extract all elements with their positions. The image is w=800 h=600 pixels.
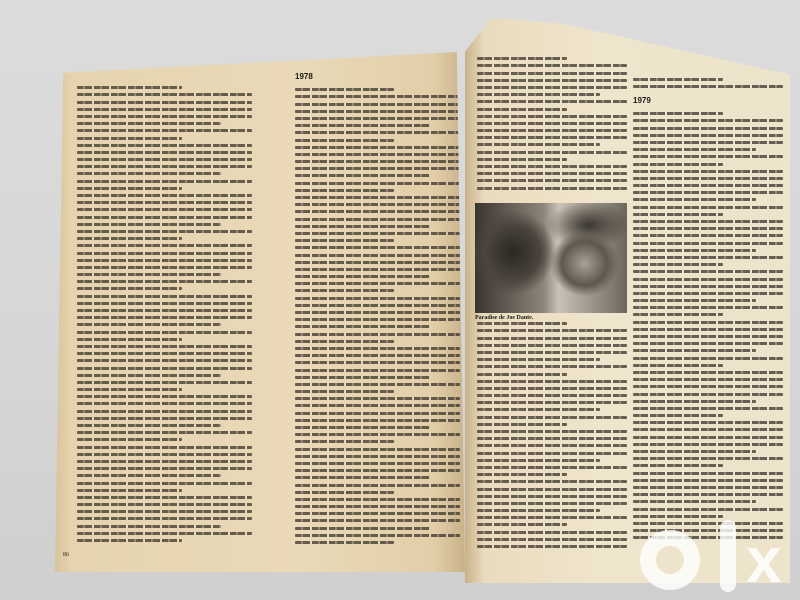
text-line (633, 357, 783, 360)
text-line (77, 446, 252, 449)
page-number: 86 (63, 552, 69, 558)
text-line (77, 503, 252, 506)
text-line (477, 516, 627, 519)
text-line (77, 532, 252, 535)
text-line (633, 400, 756, 403)
text-line (477, 444, 627, 447)
text-line (295, 325, 430, 328)
text-line (77, 381, 252, 384)
text-line (633, 464, 723, 467)
text-line (633, 486, 783, 489)
text-line (295, 239, 394, 242)
text-line (295, 419, 460, 422)
text-line (477, 93, 600, 96)
text-line (633, 263, 723, 266)
text-line (477, 538, 627, 541)
text-line (295, 484, 460, 487)
watermark-l-shape (720, 520, 736, 592)
text-line (633, 428, 783, 431)
text-line (633, 148, 756, 151)
text-line (295, 354, 460, 357)
text-line (295, 189, 394, 192)
text-line (295, 527, 430, 530)
text-line (633, 457, 783, 460)
text-line (633, 436, 783, 439)
text-line (477, 545, 627, 548)
text-line (477, 358, 600, 361)
text-line (77, 539, 182, 542)
text-line (295, 261, 460, 264)
text-line (477, 108, 567, 111)
text-line (633, 515, 723, 518)
left-page-column-2 (295, 84, 460, 548)
text-line (477, 473, 567, 476)
text-line (295, 146, 460, 149)
text-line (477, 344, 627, 347)
text-line (477, 373, 567, 376)
text-line (77, 374, 221, 377)
text-line (477, 151, 627, 154)
text-line (477, 387, 627, 390)
text-line (77, 338, 182, 341)
text-line (633, 299, 756, 302)
text-line (295, 534, 460, 537)
text-line (633, 155, 783, 158)
text-line (295, 440, 394, 443)
text-line (633, 85, 783, 88)
text-line (295, 218, 460, 221)
text-line (295, 404, 460, 407)
text-line (77, 309, 252, 312)
text-line (77, 223, 221, 226)
text-line (477, 423, 567, 426)
text-line (77, 302, 252, 305)
text-line (633, 313, 723, 316)
text-line (477, 165, 627, 168)
magazine-spread: 1978 86 1979 Paradise de Joe Dante. (55, 18, 790, 583)
text-line (295, 103, 460, 106)
text-line (295, 289, 394, 292)
text-line (77, 402, 252, 405)
right-page-column-1-bottom (477, 318, 627, 552)
text-line (477, 100, 627, 103)
text-line (633, 213, 723, 216)
text-line (77, 93, 252, 96)
text-line (77, 496, 252, 499)
text-line (633, 407, 783, 410)
text-line (77, 122, 221, 125)
text-line (295, 455, 460, 458)
text-line (295, 426, 430, 429)
text-line (633, 342, 783, 345)
text-line (295, 139, 394, 142)
text-line (295, 369, 460, 372)
text-line (295, 131, 460, 134)
text-line (295, 383, 460, 386)
text-line (477, 466, 627, 469)
text-line (633, 170, 783, 173)
text-line (633, 119, 783, 122)
text-line (77, 187, 182, 190)
text-line (477, 523, 567, 526)
left-page-column-1 (77, 82, 252, 546)
text-line (477, 322, 567, 325)
text-line (477, 509, 600, 512)
text-line (633, 78, 723, 81)
text-line (77, 467, 252, 470)
text-line (477, 365, 627, 368)
text-line (77, 323, 221, 326)
text-line (77, 237, 182, 240)
text-line (77, 158, 252, 161)
text-line (77, 460, 252, 463)
text-line (77, 287, 182, 290)
text-line (295, 275, 430, 278)
text-line (633, 421, 783, 424)
text-line (477, 329, 627, 332)
text-line (477, 187, 627, 190)
text-line (633, 278, 783, 281)
text-line (295, 433, 460, 436)
text-line (633, 493, 783, 496)
text-line (633, 450, 756, 453)
text-line (633, 328, 783, 331)
text-line (477, 158, 567, 161)
text-line (77, 194, 252, 197)
text-line (77, 208, 252, 211)
text-line (633, 292, 783, 295)
text-line (295, 210, 460, 213)
text-line (633, 414, 723, 417)
text-line (477, 57, 567, 60)
text-line (477, 351, 627, 354)
text-line (477, 179, 627, 182)
text-line (77, 510, 252, 513)
text-line (295, 347, 460, 350)
text-line (77, 230, 252, 233)
text-line (295, 203, 460, 206)
right-page-column-2 (633, 108, 783, 543)
text-line (477, 143, 600, 146)
text-line (295, 491, 394, 494)
text-line (77, 137, 182, 140)
text-line (295, 340, 394, 343)
text-line (295, 167, 460, 170)
text-line (77, 273, 221, 276)
text-line (295, 304, 460, 307)
text-line (633, 285, 783, 288)
text-line (477, 401, 627, 404)
text-line (633, 163, 723, 166)
text-line (77, 151, 252, 154)
text-line (477, 495, 627, 498)
text-line (633, 242, 783, 245)
text-line (633, 349, 756, 352)
text-line (477, 416, 627, 419)
text-line (633, 220, 783, 223)
text-line (633, 234, 783, 237)
text-line (477, 394, 627, 397)
text-line (77, 395, 252, 398)
watermark-o-shape (640, 530, 700, 590)
text-line (633, 443, 783, 446)
text-line (633, 127, 783, 130)
text-line (477, 437, 627, 440)
text-line (295, 124, 430, 127)
text-line (295, 519, 460, 522)
text-line (295, 512, 460, 515)
text-line (633, 500, 756, 503)
text-line (295, 225, 430, 228)
text-line (477, 129, 627, 132)
text-line (477, 408, 600, 411)
text-line (77, 517, 252, 520)
text-line (77, 474, 221, 477)
text-line (477, 64, 627, 67)
text-line (477, 430, 627, 433)
text-line (77, 489, 182, 492)
photo-caption: Paradise de Joe Dante. (475, 315, 533, 321)
year-heading-1979: 1979 (633, 96, 651, 105)
text-line (633, 256, 783, 259)
text-line (477, 79, 627, 82)
text-line (77, 525, 221, 528)
text-line (633, 198, 756, 201)
text-line (633, 479, 783, 482)
text-line (633, 508, 783, 511)
text-line (633, 191, 783, 194)
text-line (633, 249, 756, 252)
text-line (477, 115, 627, 118)
text-line (77, 352, 252, 355)
text-line (477, 122, 627, 125)
text-line (295, 268, 460, 271)
text-line (77, 438, 182, 441)
text-line (295, 361, 460, 364)
text-line (633, 112, 723, 115)
text-line (295, 505, 460, 508)
text-line (633, 364, 723, 367)
text-line (295, 232, 460, 235)
text-line (477, 86, 627, 89)
text-line (477, 531, 627, 534)
right-page-column-1-top (477, 53, 627, 194)
text-line (295, 297, 460, 300)
text-line (633, 134, 783, 137)
text-line (77, 216, 252, 219)
text-line (633, 385, 783, 388)
olx-watermark: x olx (638, 520, 798, 600)
text-line (295, 95, 460, 98)
text-line (477, 136, 627, 139)
text-line (633, 177, 783, 180)
text-line (477, 459, 600, 462)
text-line (77, 359, 252, 362)
text-line (633, 335, 783, 338)
text-line (295, 318, 460, 321)
text-line (295, 153, 460, 156)
text-line (633, 321, 783, 324)
text-line (295, 462, 460, 465)
text-line (77, 367, 252, 370)
text-line (77, 165, 252, 168)
text-line (295, 88, 394, 91)
text-line (77, 180, 252, 183)
text-line (477, 172, 627, 175)
text-line (295, 311, 460, 314)
text-line (633, 206, 783, 209)
text-line (477, 488, 627, 491)
text-line (633, 306, 783, 309)
text-line (477, 452, 627, 455)
text-line (633, 184, 783, 187)
text-line (77, 172, 221, 175)
text-line (77, 129, 252, 132)
text-line (477, 72, 627, 75)
text-line (77, 345, 252, 348)
text-line (295, 376, 430, 379)
text-line (295, 333, 460, 336)
text-line (295, 476, 430, 479)
text-line (633, 393, 783, 396)
text-line (77, 431, 252, 434)
text-line (77, 453, 252, 456)
text-line (77, 410, 252, 413)
text-line (295, 254, 460, 257)
text-line (77, 388, 182, 391)
text-line (633, 227, 783, 230)
text-line (477, 337, 627, 340)
text-line (295, 117, 460, 120)
text-line (77, 115, 252, 118)
text-line (77, 144, 252, 147)
text-line (295, 412, 460, 415)
text-line (633, 472, 783, 475)
text-line (295, 110, 460, 113)
text-line (633, 141, 783, 144)
text-line (295, 498, 460, 501)
text-line (77, 259, 252, 262)
text-line (633, 270, 783, 273)
text-line (77, 201, 252, 204)
text-line (295, 182, 460, 185)
watermark-x-shape: x (746, 530, 796, 590)
text-line (77, 86, 182, 89)
text-line (477, 480, 627, 483)
text-line (295, 160, 460, 163)
text-line (295, 448, 460, 451)
text-line (295, 246, 460, 249)
text-line (77, 252, 252, 255)
text-line (77, 244, 252, 247)
text-line (295, 174, 430, 177)
year-heading-1978: 1978 (295, 72, 313, 81)
text-line (77, 417, 252, 420)
text-line (295, 390, 394, 393)
text-line (77, 424, 221, 427)
text-line (77, 108, 252, 111)
text-line (77, 316, 252, 319)
text-line (633, 371, 783, 374)
text-line (77, 280, 252, 283)
text-line (477, 502, 627, 505)
text-line (77, 266, 252, 269)
left-page: 1978 86 (55, 52, 465, 572)
text-line (295, 469, 460, 472)
text-line (295, 541, 394, 544)
film-still-photo (475, 203, 627, 313)
text-line (77, 295, 252, 298)
text-line (295, 282, 460, 285)
text-line (633, 378, 783, 381)
text-line (77, 331, 252, 334)
text-line (295, 397, 460, 400)
text-line (77, 101, 252, 104)
text-line (295, 196, 460, 199)
text-line (477, 380, 627, 383)
right-page-column-2-intro (633, 74, 783, 93)
text-line (77, 482, 252, 485)
